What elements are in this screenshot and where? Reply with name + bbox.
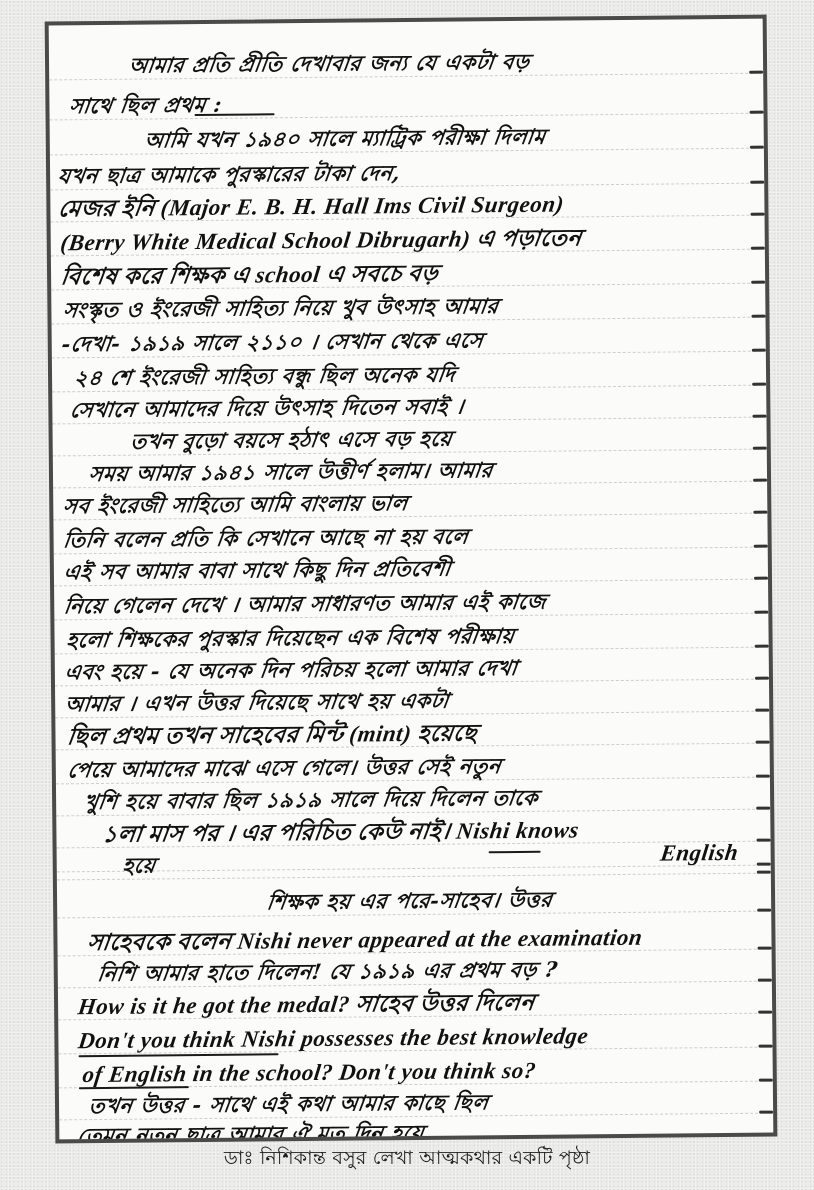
manuscript-line: বিশেষ করে শিক্ষক এ school এ সবচে বড় (60, 262, 440, 289)
manuscript-line: হয়ে (121, 854, 157, 875)
manuscript-line: সময় আমার ১৯৪১ সালে উত্তীর্ণ হলাম। আমার (88, 459, 495, 484)
margin-mark (756, 775, 770, 778)
margin-mark (758, 1011, 772, 1014)
margin-mark (750, 181, 764, 184)
manuscript-line: সাহেবকে বলেন Nishi never appeared at the… (86, 926, 644, 954)
manuscript-line: সংস্কৃত ও ইংরেজী সাহিত্য নিয়ে খুব উৎসাহ… (62, 295, 500, 320)
margin-mark (758, 1045, 772, 1048)
margin-mark (758, 947, 772, 950)
manuscript-line: তিনি বলেন প্রতি কি সেখানে আছে না হয় বলে (62, 525, 470, 550)
margin-mark (757, 909, 771, 912)
manuscript-line: নিয়ে গেলেন দেখে । আমার সাধারণত আমার এই … (63, 591, 548, 617)
manuscript-frame: আমার প্রতি প্রীতি দেখাবার জন্য যে একটা ব… (45, 15, 778, 1144)
manuscript-line: ১লা মাস পর । এর পরিচিত কেউ নাই। Nishi kn… (101, 818, 580, 846)
manuscript-line: পেয়ে আমাদের মাঝে এসে গেলে। উত্তর সেই নত… (66, 755, 502, 780)
manuscript-line: ছিল প্রথম তখন সাহেবের মিন্ট (mint) হয়েছ… (66, 721, 479, 748)
manuscript-line: খুশি হয়ে বাবার ছিল ১৯১৯ সালে দিয়ে দিলে… (83, 787, 540, 812)
margin-mark (754, 577, 768, 580)
margin-mark (759, 1079, 773, 1082)
margin-mark (752, 415, 766, 418)
manuscript-line: (Berry White Medical School Dibrugarh) এ… (59, 226, 583, 254)
margin-mark (756, 807, 770, 810)
manuscript-line: আমার । এখন উত্তর দিয়েছে সাথে হয় একটা (64, 690, 451, 715)
margin-mark (757, 839, 771, 842)
margin-mark (754, 611, 768, 614)
margin-mark (750, 213, 764, 216)
margin-mark (751, 315, 765, 318)
manuscript-line: সাথে ছিল প্রথম : (68, 94, 223, 116)
manuscript-line: নিশি আমার হাতে দিলেন! যে ১৯১৯ এর প্রথম ব… (96, 959, 559, 984)
margin-mark (755, 645, 769, 648)
margin-mark (751, 281, 765, 284)
manuscript-line: হলো শিক্ষকের পুরস্কার দিয়েছেন এক বিশেষ … (65, 625, 516, 650)
margin-mark (749, 71, 763, 74)
manuscript-line: -দেখা- ১৯১৯ সালে ২১১০ । সেখান থেকে এসে (60, 329, 484, 354)
manuscript-line: সব ইংরেজী সাহিত্যে আমি বাংলায় ভাল (62, 492, 409, 516)
manuscript-line: How is it he got the medal? সাহেব উত্তর … (77, 991, 537, 1018)
margin-mark (754, 545, 768, 548)
manuscript-line: যখন ছাত্র আমাকে পুরস্কারের টাকা দেন, (57, 162, 402, 186)
manuscript-line: এবং হয়ে - যে অনেক দিন পরিচয় হলো আমার দ… (64, 657, 519, 682)
manuscript-line: ২৪ শে ইংরেজী সাহিত্য বন্ধু ছিল অনেক যদি (73, 364, 457, 389)
manuscript-line: English (659, 841, 740, 865)
margin-mark (755, 709, 769, 712)
manuscript-line: শিক্ষক হয় এর পরে-সাহেব। উত্তর (266, 889, 554, 913)
margin-mark (752, 349, 766, 352)
manuscript-line: আমার প্রতি প্রীতি দেখাবার জন্য যে একটা ব… (128, 51, 531, 76)
manuscript-line: আমি যখন ১৯৪০ সালে ম্যাট্রিক পরীক্ষা দিলা… (143, 126, 547, 151)
ink-underline (79, 1086, 189, 1089)
margin-mark (757, 863, 771, 866)
margin-mark (753, 447, 767, 450)
ink-underline (489, 851, 541, 853)
manuscript-line: Don't you think Nishi possesses the best… (77, 1024, 590, 1052)
manuscript-line: তখন বুড়ো বয়সে হঠাৎ এসে বড় হয়ে (129, 428, 453, 452)
ruled-line (57, 873, 771, 881)
margin-mark (759, 1141, 773, 1144)
manuscript-line: of English in the school? Don't you thin… (81, 1059, 537, 1086)
ruled-line (57, 865, 771, 873)
margin-mark (753, 479, 767, 482)
manuscript-line: এই সব আমার বাবা সাথে কিছু দিন প্রতিবেশী (63, 558, 453, 583)
margin-mark (755, 677, 769, 680)
manuscript-line: মেজর ইনি (Major E. B. H. Hall Ims Civil … (57, 192, 566, 220)
manuscript-line: তেমন নতুন ছাত্র আমার ঐ মত দিন হয়ে (76, 1122, 425, 1144)
margin-mark (757, 871, 771, 874)
margin-mark (752, 383, 766, 386)
margin-mark (750, 146, 764, 149)
margin-mark (759, 1111, 773, 1114)
ink-underline (195, 113, 275, 116)
manuscript-line: সেখানে আমাদের দিয়ে উৎসাহ দিতেন সবাই । (69, 395, 465, 420)
page-caption: ডাঃ নিশিকান্ত বসুর লেখা আত্মকথার একটি পৃ… (0, 1144, 814, 1176)
margin-mark (758, 979, 772, 982)
margin-mark (751, 247, 765, 250)
margin-mark (756, 741, 770, 744)
margin-mark (753, 511, 767, 514)
margin-mark (750, 111, 764, 114)
manuscript-line: তখন উত্তর - সাথে এই কথা আমার কাছে ছিল (88, 1091, 490, 1116)
